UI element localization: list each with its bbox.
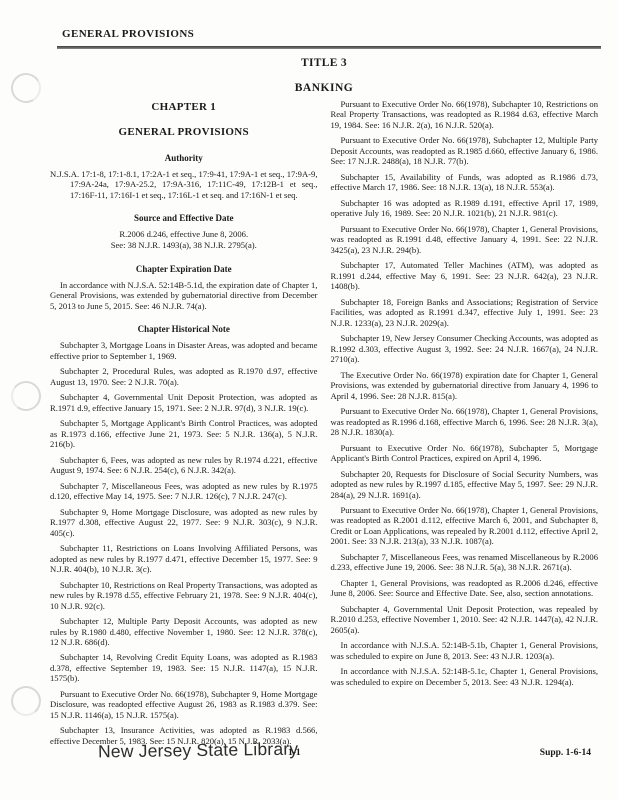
historical-paragraph: Subchapter 3, Mortgage Loans in Disaster… — [50, 340, 318, 361]
hole-punch-mark — [9, 379, 43, 413]
source-lines: R.2006 d.246, effective June 8, 2006.See… — [50, 229, 318, 250]
historical-paragraph: Subchapter 7, Miscellaneous Fees, was ad… — [50, 481, 318, 502]
right-column: Pursuant to Executive Order No. 66(1978)… — [331, 99, 599, 746]
historical-paragraph: Subchapter 14, Revolving Credit Equity L… — [50, 652, 318, 683]
authority-text: N.J.S.A. 17:1-8, 17:1-8.1, 17:2A-1 et se… — [50, 169, 318, 200]
expiration-text: In accordance with N.J.S.A. 52:14B-5.1d,… — [50, 280, 318, 311]
two-column-body: CHAPTER 1 GENERAL PROVISIONS Authority N… — [50, 99, 598, 746]
historical-paragraph: Chapter 1, General Provisions, was reado… — [331, 578, 599, 599]
running-head: GENERAL PROVISIONS — [62, 28, 194, 40]
historical-paragraph: Subchapter 9, Home Mortgage Disclosure, … — [50, 507, 318, 538]
document-page: GENERAL PROVISIONS TITLE 3 BANKING CHAPT… — [0, 0, 618, 800]
historical-paragraph: Pursuant to Executive Order No. 66(1978)… — [331, 99, 599, 130]
supplement-date: Supp. 1-6-14 — [540, 748, 591, 758]
left-column: CHAPTER 1 GENERAL PROVISIONS Authority N… — [50, 99, 318, 746]
historical-paragraph: Pursuant to Executive Order No. 66(1978)… — [331, 505, 599, 547]
title-block: TITLE 3 BANKING — [50, 57, 598, 94]
subtitle: BANKING — [50, 82, 598, 94]
historical-paragraph: Subchapter 20, Requests for Disclosure o… — [331, 469, 599, 500]
historical-paragraph: Subchapter 15, Availability of Funds, wa… — [331, 172, 599, 193]
historical-paragraph: Pursuant to Executive Order No. 66(1978)… — [331, 135, 599, 166]
historical-paragraph: Subchapter 19, New Jersey Consumer Check… — [331, 333, 599, 364]
historical-paragraph: The Executive Order No. 66(1978) expirat… — [331, 370, 599, 401]
historical-paragraph: Pursuant to Executive Order No. 66(1978)… — [331, 406, 599, 437]
expiration-heading: Chapter Expiration Date — [50, 264, 318, 274]
right-paragraphs: Pursuant to Executive Order No. 66(1978)… — [331, 99, 599, 687]
header-rule — [57, 46, 601, 49]
historical-paragraph: Subchapter 16 was adopted as R.1989 d.19… — [331, 198, 599, 219]
source-line: R.2006 d.246, effective June 8, 2006. — [50, 229, 318, 240]
historical-paragraph: Subchapter 10, Restrictions on Real Prop… — [50, 580, 318, 611]
historical-paragraph: Subchapter 7, Miscellaneous Fees, was re… — [331, 552, 599, 573]
library-stamp: New Jersey State Library — [98, 739, 299, 763]
chapter-subheading: GENERAL PROVISIONS — [50, 126, 318, 138]
chapter-heading: CHAPTER 1 — [50, 101, 318, 113]
historical-paragraph: Subchapter 4, Governmental Unit Deposit … — [331, 604, 599, 635]
historical-paragraph: Subchapter 2, Procedural Rules, was adop… — [50, 366, 318, 387]
historical-paragraphs: Subchapter 3, Mortgage Loans in Disaster… — [50, 340, 318, 746]
historical-paragraph: In accordance with N.J.S.A. 52:14B-5.1b,… — [331, 640, 599, 661]
historical-paragraph: Pursuant to Executive Order No. 66(1978)… — [50, 689, 318, 720]
historical-paragraph: Pursuant to Executive Order No. 66(1978)… — [331, 224, 599, 255]
historical-paragraph: Pursuant to Executive Order No. 66(1978)… — [331, 443, 599, 464]
authority-heading: Authority — [50, 153, 318, 163]
historical-paragraph: Subchapter 6, Fees, was adopted as new r… — [50, 455, 318, 476]
hole-punch-mark — [8, 70, 44, 106]
historical-heading: Chapter Historical Note — [50, 324, 318, 334]
historical-paragraph: Subchapter 11, Restrictions on Loans Inv… — [50, 543, 318, 574]
hole-punch-mark — [10, 685, 43, 718]
historical-paragraph: Subchapter 17, Automated Teller Machines… — [331, 260, 599, 291]
title: TITLE 3 — [50, 57, 598, 69]
source-line: See: 38 N.J.R. 1493(a), 38 N.J.R. 2795(a… — [50, 240, 318, 251]
historical-paragraph: Subchapter 12, Multiple Party Deposit Ac… — [50, 616, 318, 647]
historical-paragraph: Subchapter 18, Foreign Banks and Associa… — [331, 297, 599, 328]
historical-paragraph: In accordance with N.J.S.A. 52:14B-5.1c,… — [331, 666, 599, 687]
page-number: 1-1 — [288, 748, 301, 758]
historical-paragraph: Subchapter 4, Governmental Unit Deposit … — [50, 392, 318, 413]
historical-paragraph: Subchapter 5, Mortgage Applicant's Birth… — [50, 418, 318, 449]
source-heading: Source and Effective Date — [50, 213, 318, 223]
